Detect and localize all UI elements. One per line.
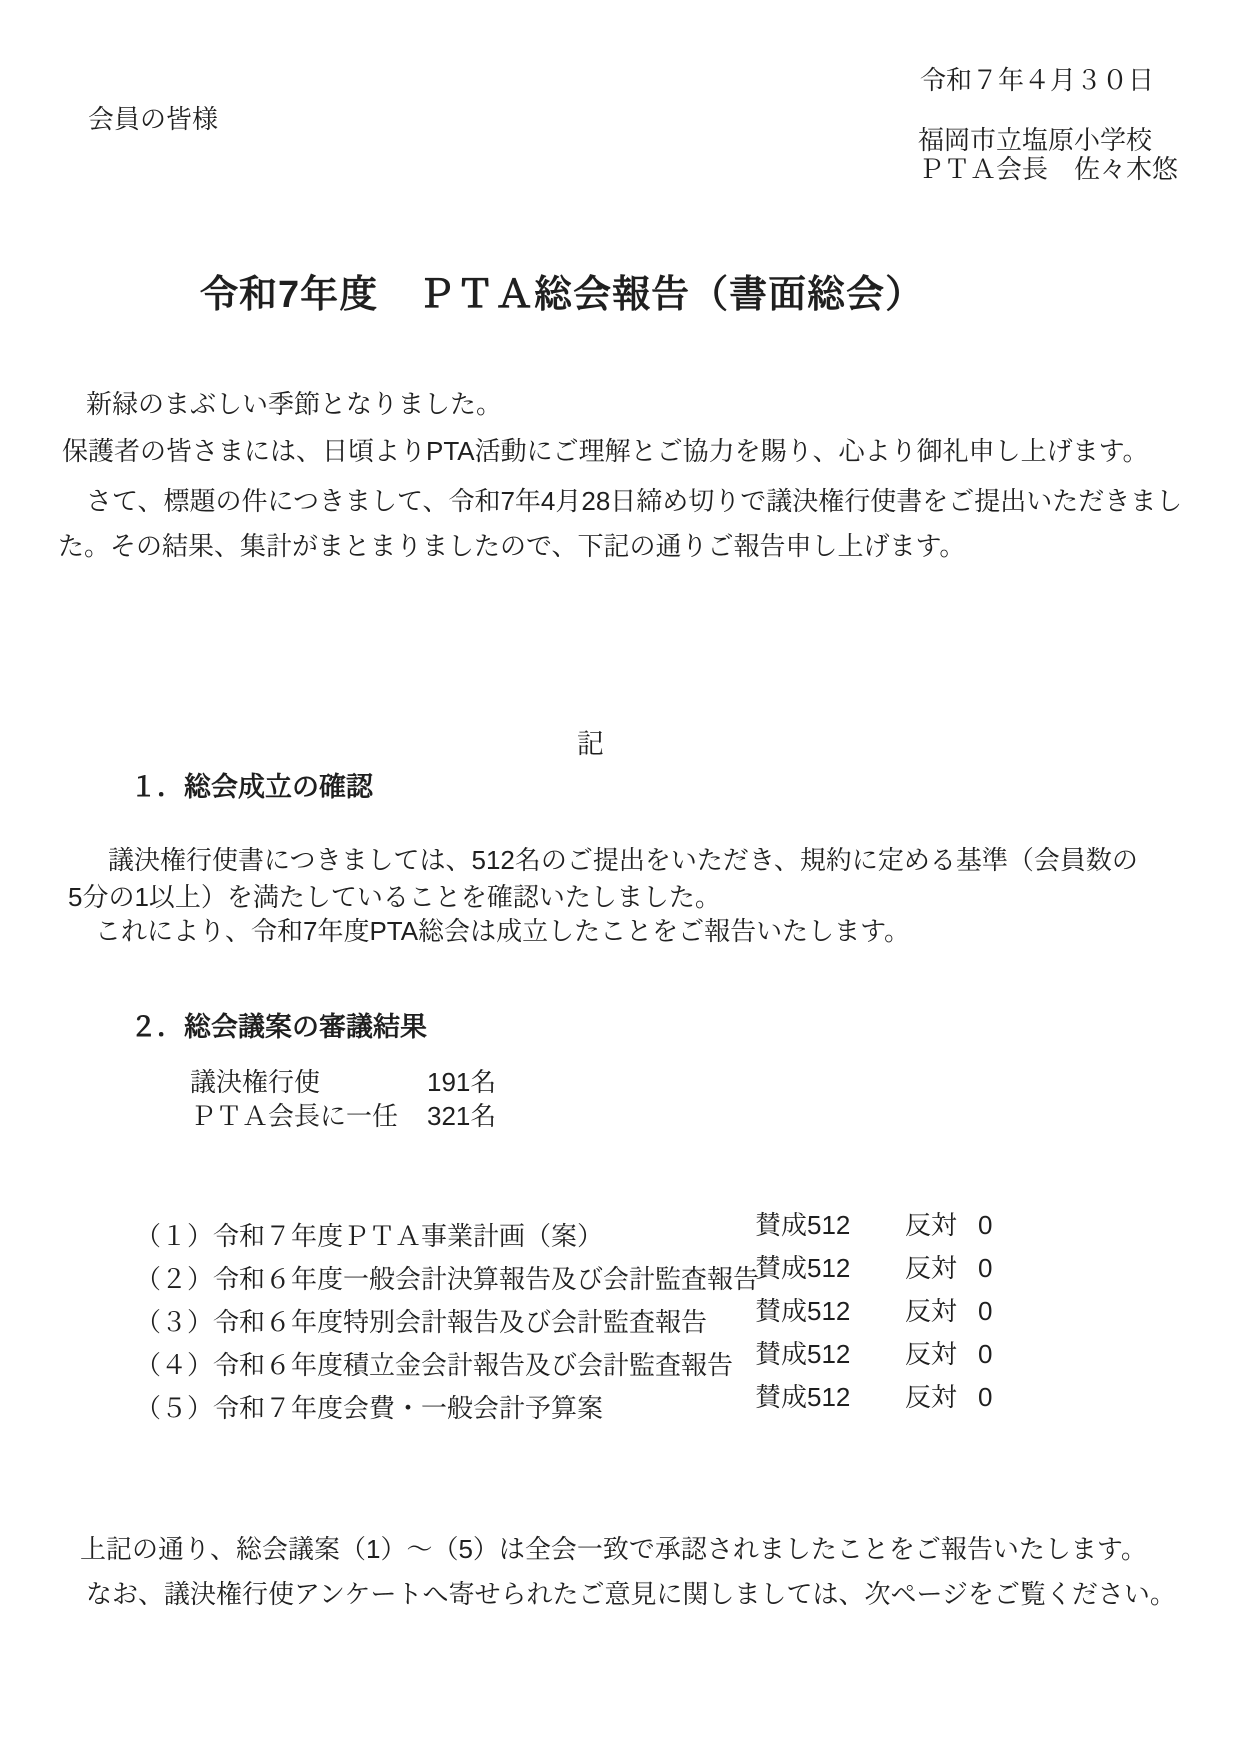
section1-line: 議決権行使書につきましては、512名のご提出をいただき、規約に定める基準（会員数… (108, 844, 1138, 877)
approve-count: 賛成512 (755, 1295, 850, 1328)
page-title: 令和7年度 ＰＴＡ総会報告（書面総会） (200, 272, 924, 320)
closing-line: 上記の通り、総会議案（1）～（5）は全会一致で承認されましたことをご報告いたしま… (80, 1533, 1147, 1566)
oppose-count: 0 (978, 1252, 992, 1285)
oppose-count: 0 (978, 1381, 992, 1414)
recipient-line: 会員の皆様 (88, 103, 218, 136)
oppose-count: 0 (978, 1209, 992, 1242)
section1-line: これにより、令和7年度PTA総会は成立したことをご報告いたします。 (95, 915, 910, 948)
document-page: 令和７年４月３０日 会員の皆様 福岡市立塩原小学校 ＰＴＡ会長 佐々木悠 令和7… (0, 0, 1241, 1755)
tally-label: 議決権行使 (190, 1066, 320, 1099)
approve-count: 賛成512 (755, 1252, 850, 1285)
oppose-label: 反対 (905, 1381, 957, 1414)
closing-line: なお、議決権行使アンケートへ寄せられたご意見に関しましては、次ページをご覧くださ… (86, 1578, 1176, 1611)
agenda-item-label: （４）令和６年度積立金会計報告及び会計監査報告 (135, 1349, 733, 1382)
tally-value: 321名 (427, 1100, 496, 1133)
intro-line: さて、標題の件につきまして、令和7年4月28日締め切りで議決権行使書をご提出いた… (86, 485, 1182, 518)
oppose-label: 反対 (905, 1252, 957, 1285)
agenda-item-label: （２）令和６年度一般会計決算報告及び会計監査報告 (135, 1263, 759, 1296)
oppose-count: 0 (978, 1338, 992, 1371)
section1-heading: １．総会成立の確認 (130, 771, 373, 805)
agenda-item-label: （３）令和６年度特別会計報告及び会計監査報告 (135, 1306, 707, 1339)
approve-count: 賛成512 (755, 1338, 850, 1371)
tally-value: 191名 (427, 1066, 496, 1099)
oppose-label: 反対 (905, 1338, 957, 1371)
section1-line: 5分の1以上）を満たしていることを確認いたしました。 (68, 881, 721, 914)
oppose-label: 反対 (905, 1209, 957, 1242)
intro-line: 新緑のまぶしい季節となりました。 (86, 388, 502, 421)
intro-line: た。その結果、集計がまとまりましたので、下記の通りご報告申し上げます。 (58, 530, 965, 563)
school-name: 福岡市立塩原小学校 (918, 124, 1152, 157)
oppose-label: 反対 (905, 1295, 957, 1328)
agenda-item-label: （５）令和７年度会費・一般会計予算案 (135, 1392, 603, 1425)
intro-line: 保護者の皆さまには、日頃よりPTA活動にご理解とご協力を賜り、心より御礼申し上げ… (62, 435, 1149, 468)
document-date: 令和７年４月３０日 (920, 64, 1154, 97)
tally-label: ＰＴＡ会長に一任 (190, 1100, 398, 1133)
notation-marker: 記 (577, 728, 604, 762)
approve-count: 賛成512 (755, 1209, 850, 1242)
approve-count: 賛成512 (755, 1381, 850, 1414)
agenda-item-label: （１）令和７年度ＰＴＡ事業計画（案） (135, 1220, 603, 1253)
oppose-count: 0 (978, 1295, 992, 1328)
section2-heading: ２．総会議案の審議結果 (130, 1011, 427, 1045)
sender-name: ＰＴＡ会長 佐々木悠 (918, 153, 1178, 186)
